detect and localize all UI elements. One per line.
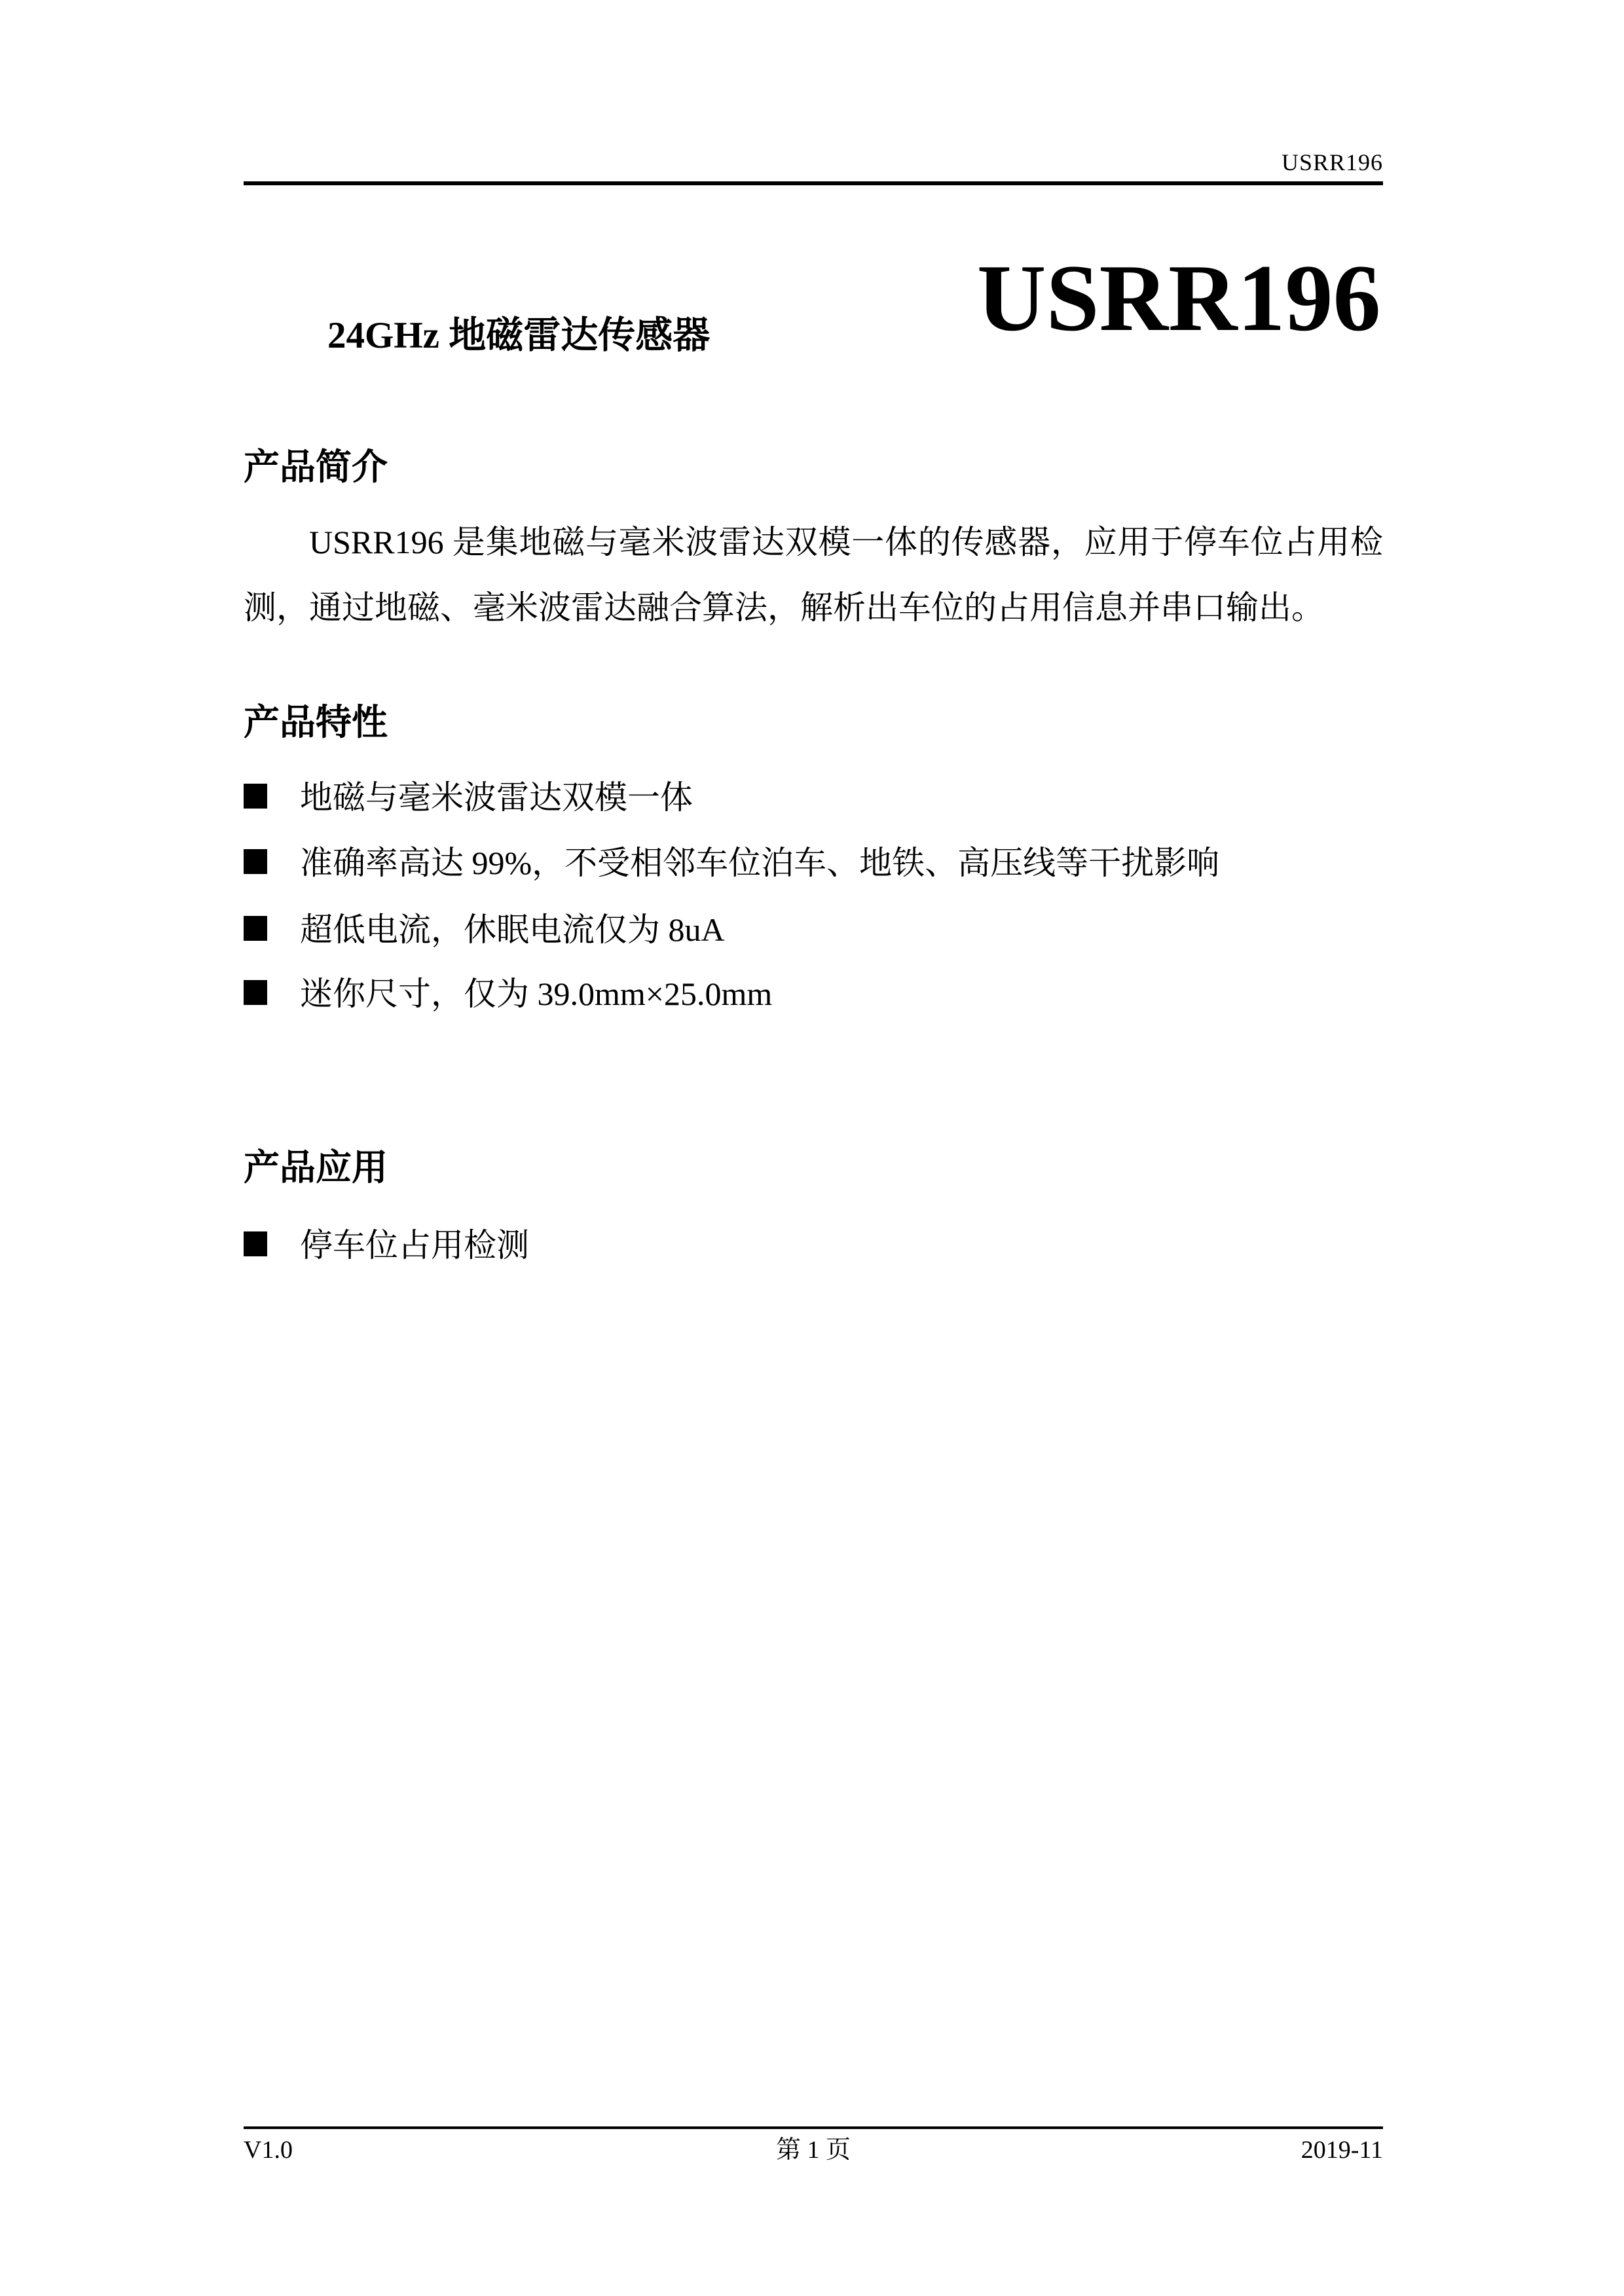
intro-paragraph-line-1: USRR196 是集地磁与毫米波雷达双模一体的传感器，应用于停车位占用检	[244, 522, 1383, 562]
footer: V1.0 第 1 页 2019-11	[244, 2134, 1383, 2167]
square-bullet-icon	[244, 784, 267, 809]
square-bullet-icon	[244, 980, 267, 1005]
square-bullet-icon	[244, 849, 267, 874]
feature-list-item: 迷你尺寸，仅为 39.0mm×25.0mm	[244, 974, 1383, 1013]
section-heading-applications: 产品应用	[244, 1147, 388, 1188]
feature-list-item: 准确率高达 99%，不受相邻车位泊车、地铁、高压线等干扰影响	[244, 843, 1383, 883]
feature-list-item: 超低电流，休眠电流仅为 8uA	[244, 910, 1383, 949]
footer-rule	[244, 2126, 1383, 2129]
footer-date: 2019-11	[1301, 2134, 1383, 2166]
footer-page-number: 第 1 页	[244, 2134, 1383, 2166]
application-item-text: 停车位占用检测	[300, 1226, 529, 1265]
feature-list-item: 地磁与毫米波雷达双模一体	[244, 778, 1383, 817]
feature-item-text: 超低电流，休眠电流仅为 8uA	[300, 910, 725, 949]
feature-item-text: 准确率高达 99%，不受相邻车位泊车、地铁、高压线等干扰影响	[300, 843, 1219, 883]
section-heading-intro: 产品简介	[244, 446, 388, 487]
square-bullet-icon	[244, 916, 267, 941]
product-title: USRR196	[977, 250, 1381, 346]
section-heading-features: 产品特性	[244, 702, 388, 742]
intro-paragraph-line-2: 测，通过地磁、毫米波雷达融合算法，解析出车位的占用信息并串口输出。	[244, 588, 1383, 627]
square-bullet-icon	[244, 1231, 267, 1256]
application-list-item: 停车位占用检测	[244, 1226, 1383, 1265]
header-doc-code: USRR196	[244, 149, 1383, 175]
feature-item-text: 迷你尺寸，仅为 39.0mm×25.0mm	[300, 974, 772, 1013]
feature-item-text: 地磁与毫米波雷达双模一体	[300, 778, 693, 817]
document-subtitle: 24GHz 地磁雷达传感器	[327, 313, 710, 359]
header-rule	[244, 181, 1383, 185]
document-page: USRR196 USRR196 24GHz 地磁雷达传感器 产品简介 USRR1…	[0, 0, 1624, 2296]
